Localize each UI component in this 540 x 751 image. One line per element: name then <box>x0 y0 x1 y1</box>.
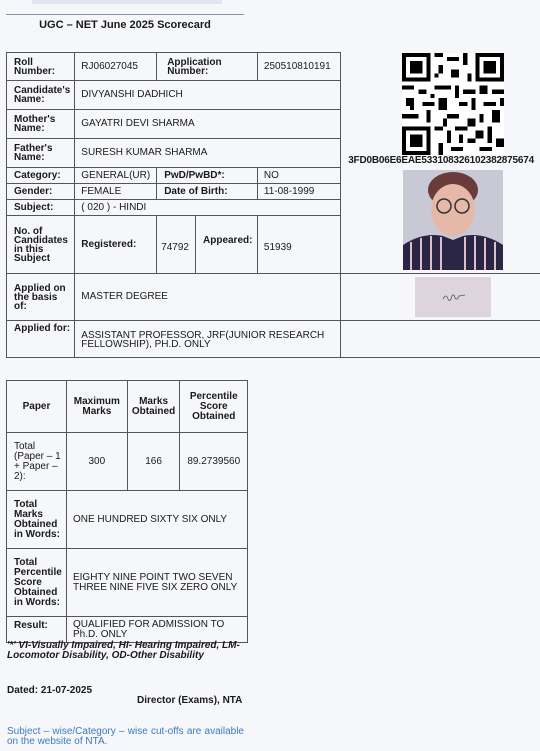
qr-cell: 3FD0B06E6EAE533108326102382875674 <box>341 53 540 168</box>
header-percentile: Percentile Score Obtained <box>180 381 248 433</box>
gender: FEMALE <box>75 184 157 200</box>
candidate-name: DIVYANSHI DADHICH <box>75 81 341 110</box>
header-maximum-marks: Maximum Marks <box>66 381 127 433</box>
marks-words: ONE HUNDRED SIXTY SIX ONLY <box>66 491 247 549</box>
dob: 11-08-1999 <box>257 184 340 200</box>
subject-label: Subject: <box>7 200 75 216</box>
photo-cell <box>341 168 540 274</box>
qr-code-text: 3FD0B06E6EAE533108326102382875674 <box>341 155 540 166</box>
registered-label: Registered: <box>75 216 157 274</box>
candidate-signature <box>415 277 491 317</box>
appeared-count: 51939 <box>257 216 340 274</box>
marks-obtained: 166 <box>127 433 180 491</box>
category-label: Category: <box>7 168 75 184</box>
disability-note: '*' VI-Visually Impaired, HI- Hearing Im… <box>7 641 247 661</box>
application-number-label: Application Number: <box>157 53 258 81</box>
roll-number: RJ06027045 <box>75 53 157 81</box>
signature-cell <box>341 274 540 321</box>
subject: ( 020 ) - HINDI <box>75 200 341 216</box>
header-divider <box>6 14 244 15</box>
qr-code-icon <box>402 53 504 155</box>
maximum-marks: 300 <box>66 433 127 491</box>
dob-label: Date of Birth: <box>157 184 258 200</box>
registered-count: 74792 <box>157 216 196 274</box>
basis-label: Applied on the basis of: <box>7 274 75 321</box>
pwd: NO <box>257 168 340 184</box>
applied-for: ASSISTANT PROFESSOR, JRF(JUNIOR RESEARCH… <box>75 321 341 358</box>
mother-name-label: Mother's Name: <box>7 110 75 139</box>
mother-name: GAYATRI DEVI SHARMA <box>75 110 341 139</box>
father-name: SURESH KUMAR SHARMA <box>75 139 341 168</box>
pwd-label: PwD/PwBD*: <box>157 168 258 184</box>
marks-table: Paper Maximum Marks Marks Obtained Perce… <box>6 380 248 643</box>
signatory: Director (Exams), NTA <box>137 695 242 706</box>
candidates-count-label: No. of Candidates in this Subject <box>7 216 75 274</box>
faded-header-text <box>32 0 222 4</box>
percentile-words-label: Total Percentile Score Obtained in Words… <box>7 549 67 617</box>
roll-number-label: Roll Number: <box>7 53 75 81</box>
header-marks-obtained: Marks Obtained <box>127 381 180 433</box>
header-paper: Paper <box>7 381 67 433</box>
application-number: 250510810191 <box>257 53 340 81</box>
father-name-label: Father's Name: <box>7 139 75 168</box>
candidate-photo <box>403 170 503 270</box>
result: QUALIFIED FOR ADMISSION TO Ph.D. ONLY <box>66 617 247 643</box>
applied-for-label: Applied for: <box>7 321 75 358</box>
cutoff-note: Subject – wise/Category – wise cut-offs … <box>7 727 244 747</box>
basis: MASTER DEGREE <box>75 274 341 321</box>
category: GENERAL(UR) <box>75 168 157 184</box>
empty-cell <box>341 321 540 358</box>
percentile-score: 89.2739560 <box>180 433 248 491</box>
appeared-label: Appeared: <box>196 216 258 274</box>
candidate-name-label: Candidate's Name: <box>7 81 75 110</box>
total-label: Total (Paper – 1 + Paper – 2): <box>7 433 67 491</box>
candidate-info-table: Roll Number: RJ06027045 Application Numb… <box>6 52 540 358</box>
marks-words-label: Total Marks Obtained in Words: <box>7 491 67 549</box>
page-title: UGC – NET June 2025 Scorecard <box>0 19 250 31</box>
gender-label: Gender: <box>7 184 75 200</box>
percentile-words: EIGHTY NINE POINT TWO SEVEN THREE NINE F… <box>66 549 247 617</box>
dated: Dated: 21-07-2025 <box>7 685 92 696</box>
result-label: Result: <box>7 617 67 643</box>
